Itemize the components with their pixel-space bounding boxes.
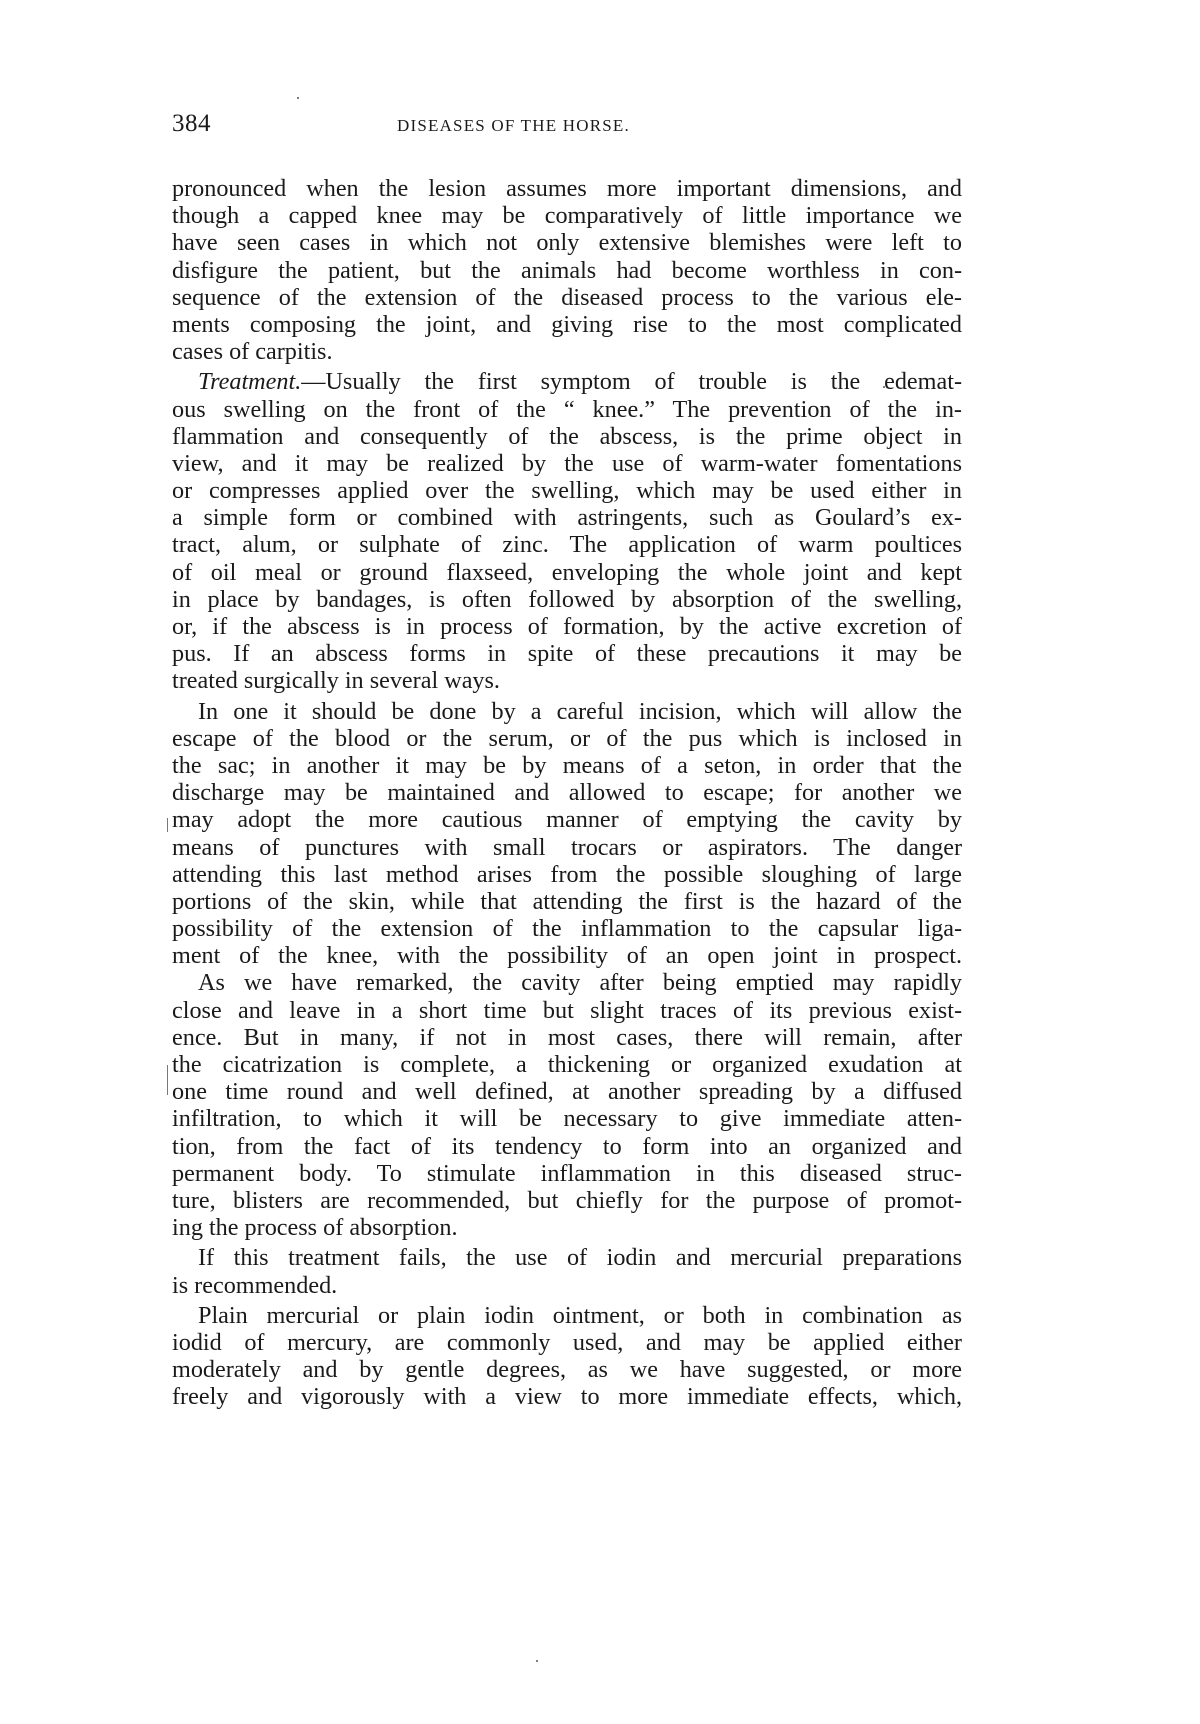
running-head: 384 DISEASES OF THE HORSE. xyxy=(172,110,962,150)
text-line: view, and it may be realized by the use … xyxy=(172,450,962,477)
text-line: tract, alum, or sulphate of zinc. The ap… xyxy=(172,531,962,558)
text-line: pronounced when the lesion assumes more … xyxy=(172,175,962,202)
text-line: or, if the abscess is in process of form… xyxy=(172,613,962,640)
text-line: moderately and by gentle degrees, as we … xyxy=(172,1356,962,1383)
text-line: one time round and well defined, at anot… xyxy=(172,1078,962,1105)
text-line: the cicatrization is complete, a thicken… xyxy=(172,1051,962,1078)
text-line: close and leave in a short time but slig… xyxy=(172,997,962,1024)
text-line: portions of the skin, while that attendi… xyxy=(172,888,962,915)
text-line: have seen cases in which not only extens… xyxy=(172,229,962,256)
text-line: the sac; in another it may be by means o… xyxy=(172,752,962,779)
text-line: infiltration, to which it will be necess… xyxy=(172,1105,962,1132)
text-line: of oil meal or ground flaxseed, envelopi… xyxy=(172,559,962,586)
text-line: flammation and consequently of the absce… xyxy=(172,423,962,450)
text-line: pus. If an abscess forms in spite of the… xyxy=(172,640,962,667)
treatment-paragraph-first-line: Treatment.—Usually the first symptom of … xyxy=(172,368,962,395)
book-page: 384 DISEASES OF THE HORSE. pronounced wh… xyxy=(0,0,1200,1724)
em-dash: — xyxy=(301,368,325,395)
text-line: ous swelling on the front of the “ knee.… xyxy=(172,396,962,423)
text-line: disfigure the patient, but the animals h… xyxy=(172,257,962,284)
text-line: discharge may be maintained and allowed … xyxy=(172,779,962,806)
text-line: ence. But in many, if not in most cases,… xyxy=(172,1024,962,1051)
text-line: possibility of the extension of the infl… xyxy=(172,915,962,942)
text-line: is recommended. xyxy=(172,1272,962,1299)
text-line: permanent body. To stimulate inflammatio… xyxy=(172,1160,962,1187)
text-line: treated surgically in several ways. xyxy=(172,667,962,694)
text-line: iodid of mercury, are commonly used, and… xyxy=(172,1329,962,1356)
text-line: ture, blisters are recommended, but chie… xyxy=(172,1187,962,1214)
margin-mark xyxy=(167,1065,168,1095)
text-line: freely and vigorously with a view to mor… xyxy=(172,1383,962,1410)
print-speck xyxy=(536,1660,538,1662)
text-line: tion, from the fact of its tendency to f… xyxy=(172,1133,962,1160)
text-line: If this treatment fails, the use of iodi… xyxy=(172,1244,962,1271)
text-line: a simple form or combined with astringen… xyxy=(172,504,962,531)
text-line: attending this last method arises from t… xyxy=(172,861,962,888)
treatment-heading: Treatment. xyxy=(198,368,301,395)
text-line: escape of the blood or the serum, or of … xyxy=(172,725,962,752)
text-line: cases of carpitis. xyxy=(172,338,962,365)
text-line: In one it should be done by a careful in… xyxy=(172,698,962,725)
text-line: though a capped knee may be comparativel… xyxy=(172,202,962,229)
print-speck xyxy=(297,97,299,99)
running-title: DISEASES OF THE HORSE. xyxy=(397,116,630,136)
text-line: sequence of the extension of the disease… xyxy=(172,284,962,311)
text-line: Usually the first symptom of trouble is … xyxy=(325,368,962,395)
margin-mark xyxy=(167,818,168,832)
body-text: pronounced when the lesion assumes more … xyxy=(172,175,962,1410)
page-number: 384 xyxy=(172,110,211,138)
text-line: or compresses applied over the swelling,… xyxy=(172,477,962,504)
text-line: As we have remarked, the cavity after be… xyxy=(172,969,962,996)
text-line: in place by bandages, is often followed … xyxy=(172,586,962,613)
text-line: means of punctures with small trocars or… xyxy=(172,834,962,861)
text-line: ment of the knee, with the possibility o… xyxy=(172,942,962,969)
text-line: Plain mercurial or plain iodin ointment,… xyxy=(172,1302,962,1329)
text-line: may adopt the more cautious manner of em… xyxy=(172,806,962,833)
text-line: ments composing the joint, and giving ri… xyxy=(172,311,962,338)
text-line: ing the process of absorption. xyxy=(172,1214,962,1241)
